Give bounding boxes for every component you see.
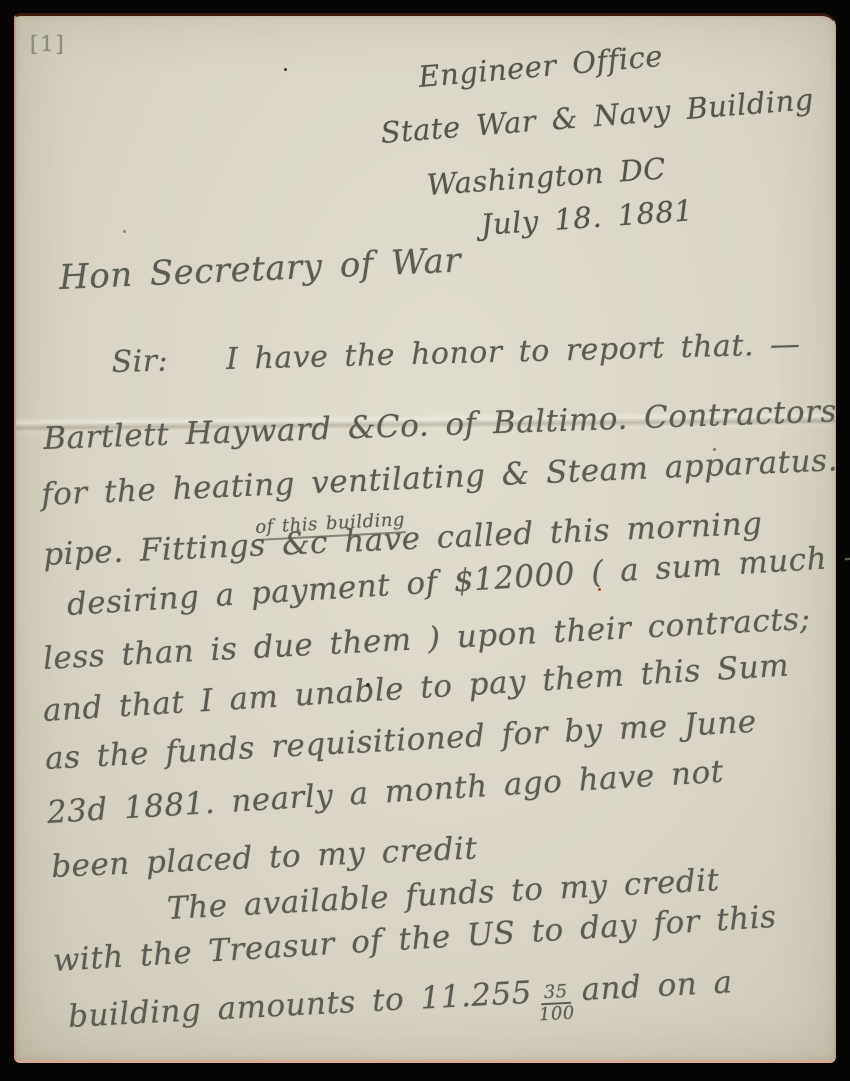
amount-fraction: 35100 <box>537 982 575 1026</box>
dust-speck <box>713 448 716 451</box>
dust-speck <box>123 230 126 233</box>
body-line: been placed to my credit <box>51 831 479 884</box>
amount-line-post: and on a <box>581 964 734 1008</box>
letterhead-city-line: Washington DC <box>426 153 667 202</box>
opening-row: Sir:I have the honor to report that. — <box>111 328 801 379</box>
dust-speck <box>598 588 601 591</box>
letterhead-office-line: Engineer Office <box>417 41 664 94</box>
salutation: Sir: <box>111 344 169 380</box>
fraction-denominator: 100 <box>539 1004 576 1026</box>
letter-paper: [1] Engineer Office State War & Navy Bui… <box>14 13 836 1063</box>
dust-speck <box>284 68 287 71</box>
recipient-line: Hon Secretary of War <box>58 242 461 297</box>
opening-sentence: I have the honor to report that. — <box>226 327 801 377</box>
page-marker: [1] <box>30 33 66 56</box>
dust-speck <box>366 683 370 687</box>
amount-line: building amounts to 11.25535100and on a <box>67 965 734 1050</box>
letterhead-date-line: July 18. 1881 <box>480 195 695 242</box>
fraction-numerator: 35 <box>540 982 571 1005</box>
photo-background: { "letter": { "page_marker": "[1]", "let… <box>0 0 850 1081</box>
letterhead-building-line: State War & Navy Building <box>379 84 814 150</box>
amount-line-pre: building amounts to 11.255 <box>67 975 532 1035</box>
